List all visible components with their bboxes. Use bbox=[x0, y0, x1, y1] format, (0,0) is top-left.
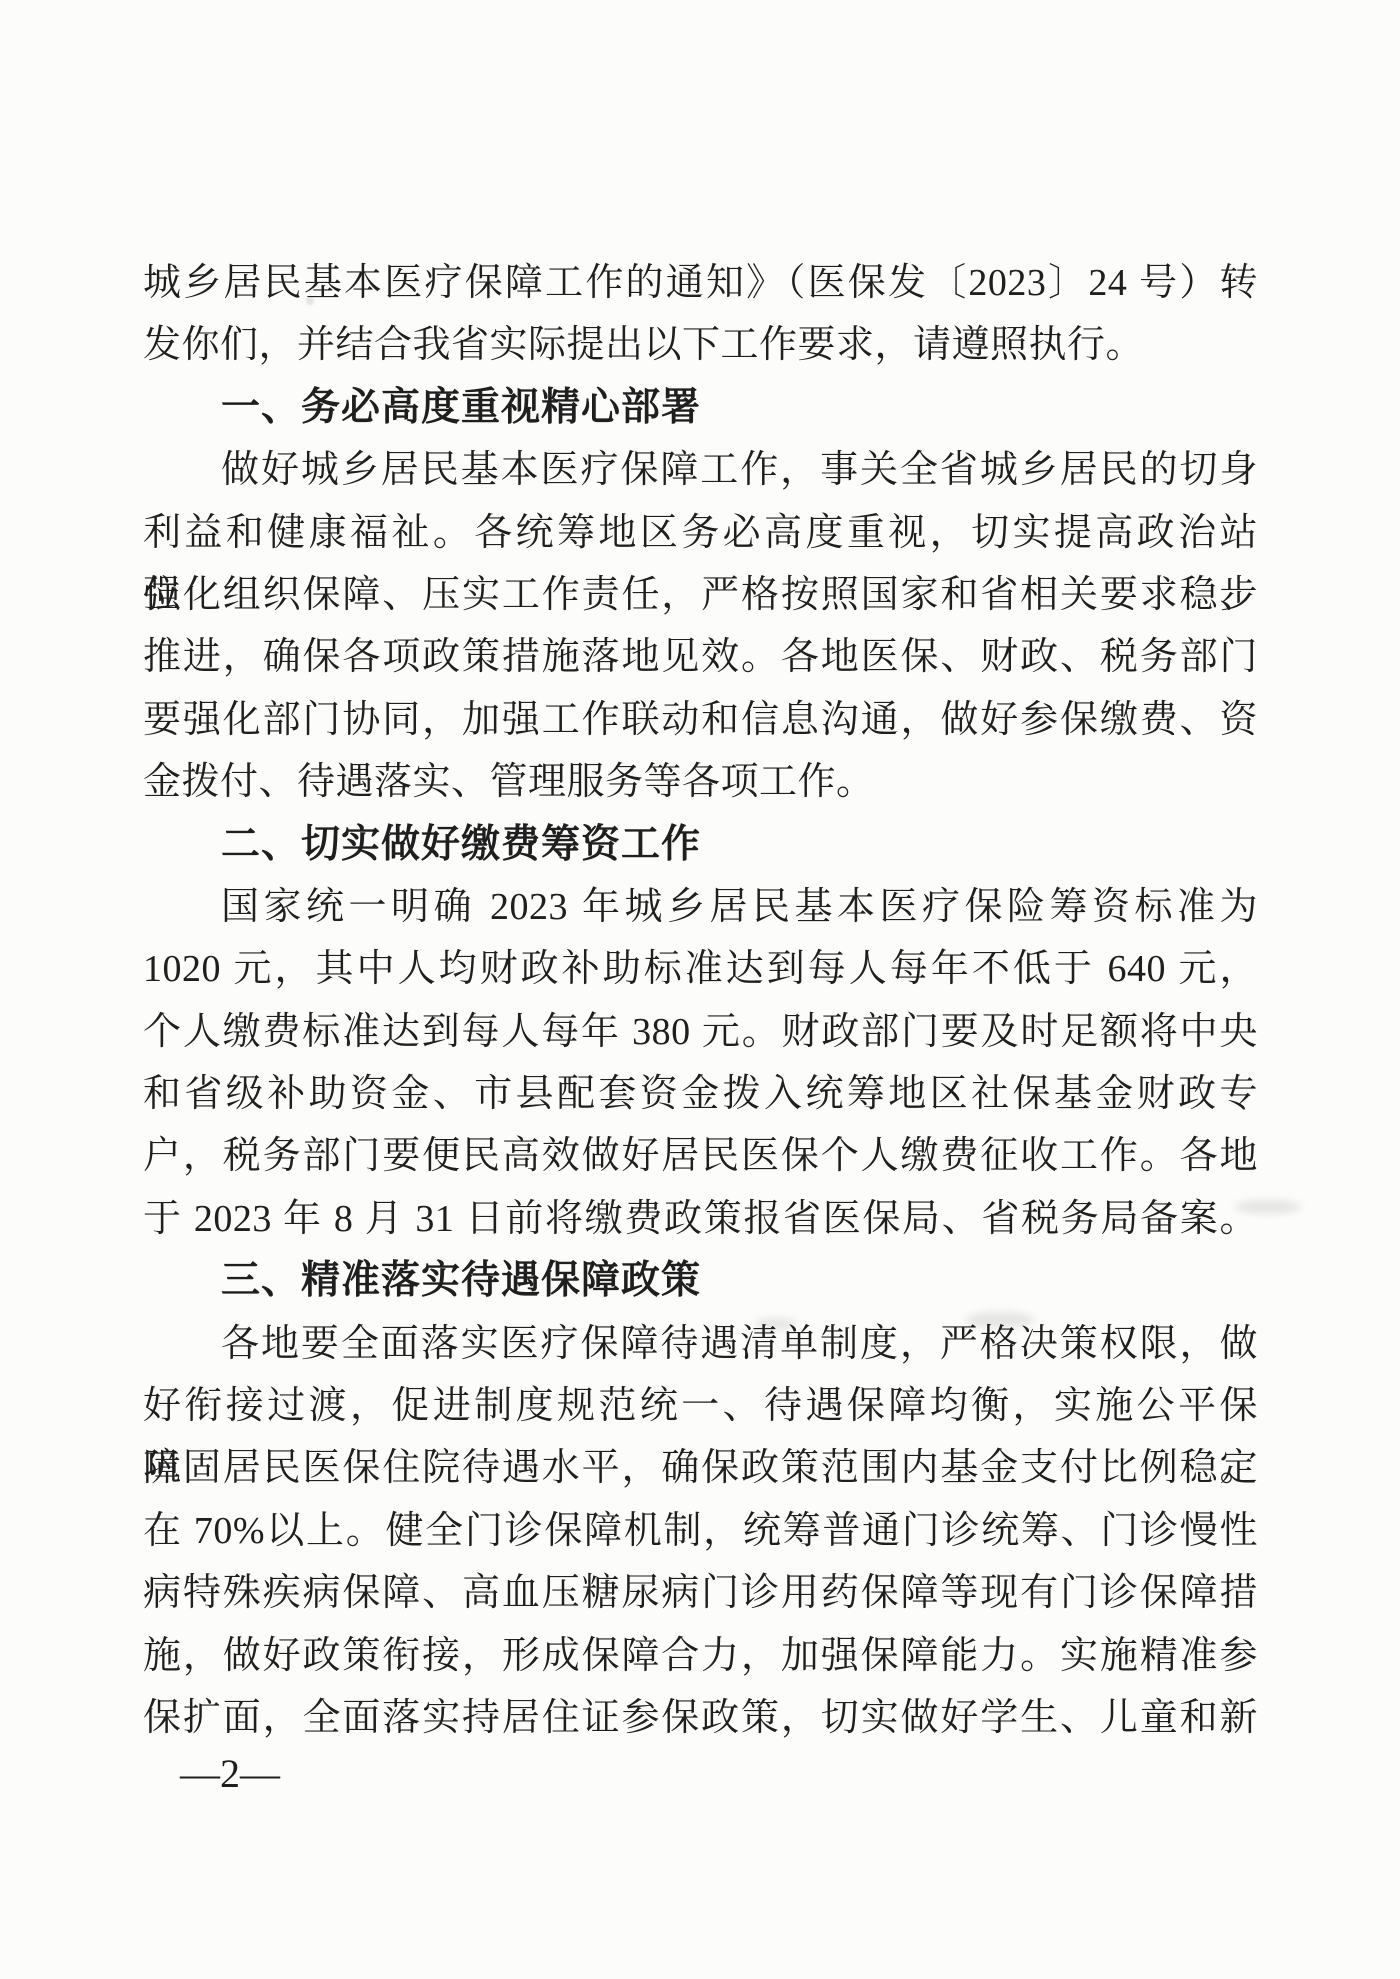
text-line: 做好城乡居民基本医疗保障工作，事关全省城乡居民的切身 bbox=[143, 439, 1258, 501]
document-body: 城乡居民基本医疗保障工作的通知》（医保发〔2023〕24 号）转 发你们，并结合… bbox=[143, 252, 1258, 1749]
text-line: 病特殊疾病保障、高血压糖尿病门诊用药保障等现有门诊保障措 bbox=[143, 1562, 1258, 1624]
text-line: 发你们，并结合我省实际提出以下工作要求，请遵照执行。 bbox=[143, 314, 1258, 376]
text-line: 利益和健康福祉。各统筹地区务必高度重视，切实提高政治站位、 bbox=[143, 502, 1258, 564]
text-line: 强化组织保障、压实工作责任，严格按照国家和省相关要求稳步 bbox=[143, 564, 1258, 626]
text-line: 推进，确保各项政策措施落地见效。各地医保、财政、税务部门 bbox=[143, 626, 1258, 688]
section-heading: 一、务必高度重视精心部署 bbox=[143, 377, 1258, 439]
text-line: 1020 元，其中人均财政补助标准达到每人每年不低于 640 元， bbox=[143, 938, 1258, 1000]
text-line: 各地要全面落实医疗保障待遇清单制度，严格决策权限，做 bbox=[143, 1313, 1258, 1375]
text-line: 金拨付、待遇落实、管理服务等各项工作。 bbox=[143, 751, 1258, 813]
section-heading: 二、切实做好缴费筹资工作 bbox=[143, 814, 1258, 876]
text-line: 施，做好政策衔接，形成保障合力，加强保障能力。实施精准参 bbox=[143, 1625, 1258, 1687]
text-line: 巩固居民医保住院待遇水平，确保政策范围内基金支付比例稳定 bbox=[143, 1437, 1258, 1499]
section-heading: 三、精准落实待遇保障政策 bbox=[143, 1250, 1258, 1312]
text-line: 于 2023 年 8 月 31 日前将缴费政策报省医保局、省税务局备案。 bbox=[143, 1188, 1258, 1250]
text-line: 要强化部门协同，加强工作联动和信息沟通，做好参保缴费、资 bbox=[143, 689, 1258, 751]
text-line: 国家统一明确 2023 年城乡居民基本医疗保险筹资标准为 bbox=[143, 876, 1258, 938]
document-page: 城乡居民基本医疗保障工作的通知》（医保发〔2023〕24 号）转 发你们，并结合… bbox=[0, 0, 1400, 1979]
page-number: —2— bbox=[180, 1752, 280, 1796]
text-line: 城乡居民基本医疗保障工作的通知》（医保发〔2023〕24 号）转 bbox=[143, 252, 1258, 314]
text-line: 户，税务部门要便民高效做好居民医保个人缴费征收工作。各地 bbox=[143, 1125, 1258, 1187]
text-line: 个人缴费标准达到每人每年 380 元。财政部门要及时足额将中央 bbox=[143, 1001, 1258, 1063]
text-line: 好衔接过渡，促进制度规范统一、待遇保障均衡，实施公平保障。 bbox=[143, 1375, 1258, 1437]
text-line: 保扩面，全面落实持居住证参保政策，切实做好学生、儿童和新 bbox=[143, 1687, 1258, 1749]
text-line: 和省级补助资金、市县配套资金拨入统筹地区社保基金财政专 bbox=[143, 1063, 1258, 1125]
text-line: 在 70%以上。健全门诊保障机制，统筹普通门诊统筹、门诊慢性 bbox=[143, 1500, 1258, 1562]
